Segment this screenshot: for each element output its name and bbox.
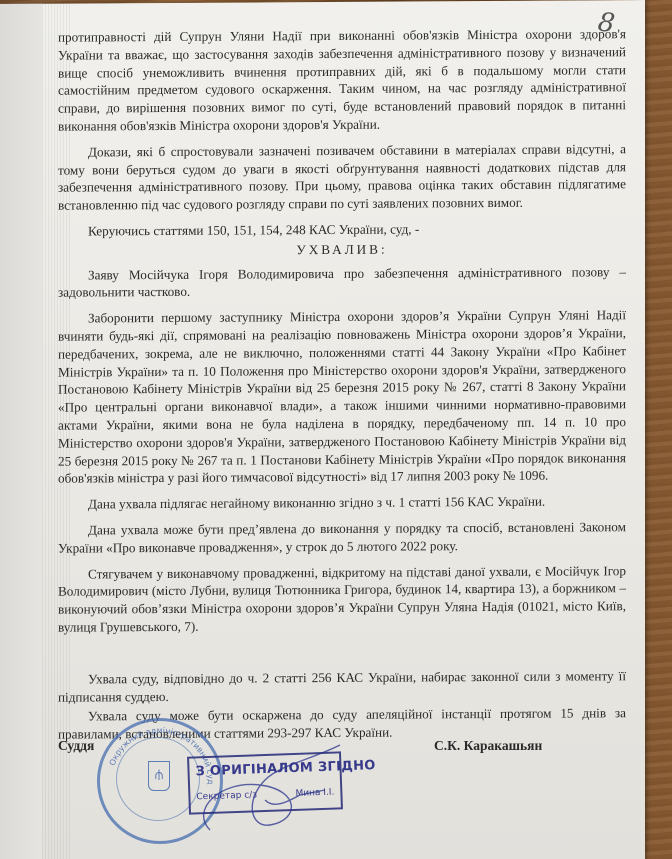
resolution-heading: УХВАЛИВ: — [58, 239, 626, 260]
paragraph-grant-partially: Заяву Мосійчука Ігоря Володимировича про… — [58, 263, 626, 302]
paragraph-guided-by: Керуючись статтями 150, 151, 154, 248 КА… — [58, 219, 626, 240]
paragraph-legal-force: Ухвала суду, відповідно до ч. 2 статті 2… — [58, 667, 626, 706]
paragraph-immediate-execution: Дана ухвала підлягає негайному виконанню… — [58, 492, 626, 513]
trident-emblem-icon: ⫛ — [148, 761, 170, 791]
stamp-secretary-label: Секретар с/з — [196, 790, 257, 802]
judge-label: Суддя — [58, 738, 94, 754]
paragraph-continuation: протиправності дій Супрун Уляни Надії пр… — [58, 25, 626, 135]
judge-name: С.К. Каракашьян — [434, 738, 542, 754]
document-body: протиправності дій Супрун Уляни Надії пр… — [58, 25, 626, 751]
paragraph-parties: Стягувачем у виконавчому провадженні, ві… — [58, 562, 626, 637]
paragraph-enforcement-deadline: Дана ухвала може бути пред’явлена до вик… — [58, 518, 626, 557]
paragraph-evidence: Докази, які б спростовували зазначені по… — [58, 140, 626, 215]
certified-copy-stamp: З ОРИГІНАЛОМ ЗГІДНО Секретар с/з Мина І.… — [187, 751, 343, 814]
page-left-margin — [0, 4, 42, 859]
paragraph-prohibition: Заборонити першому заступнику Міністра о… — [58, 306, 626, 487]
stamp-secretary-name: Мина І.І. — [295, 788, 334, 799]
blank-space — [58, 641, 626, 670]
document-page: 8 протиправності дій Супрун Уляни Надії … — [0, 0, 645, 859]
